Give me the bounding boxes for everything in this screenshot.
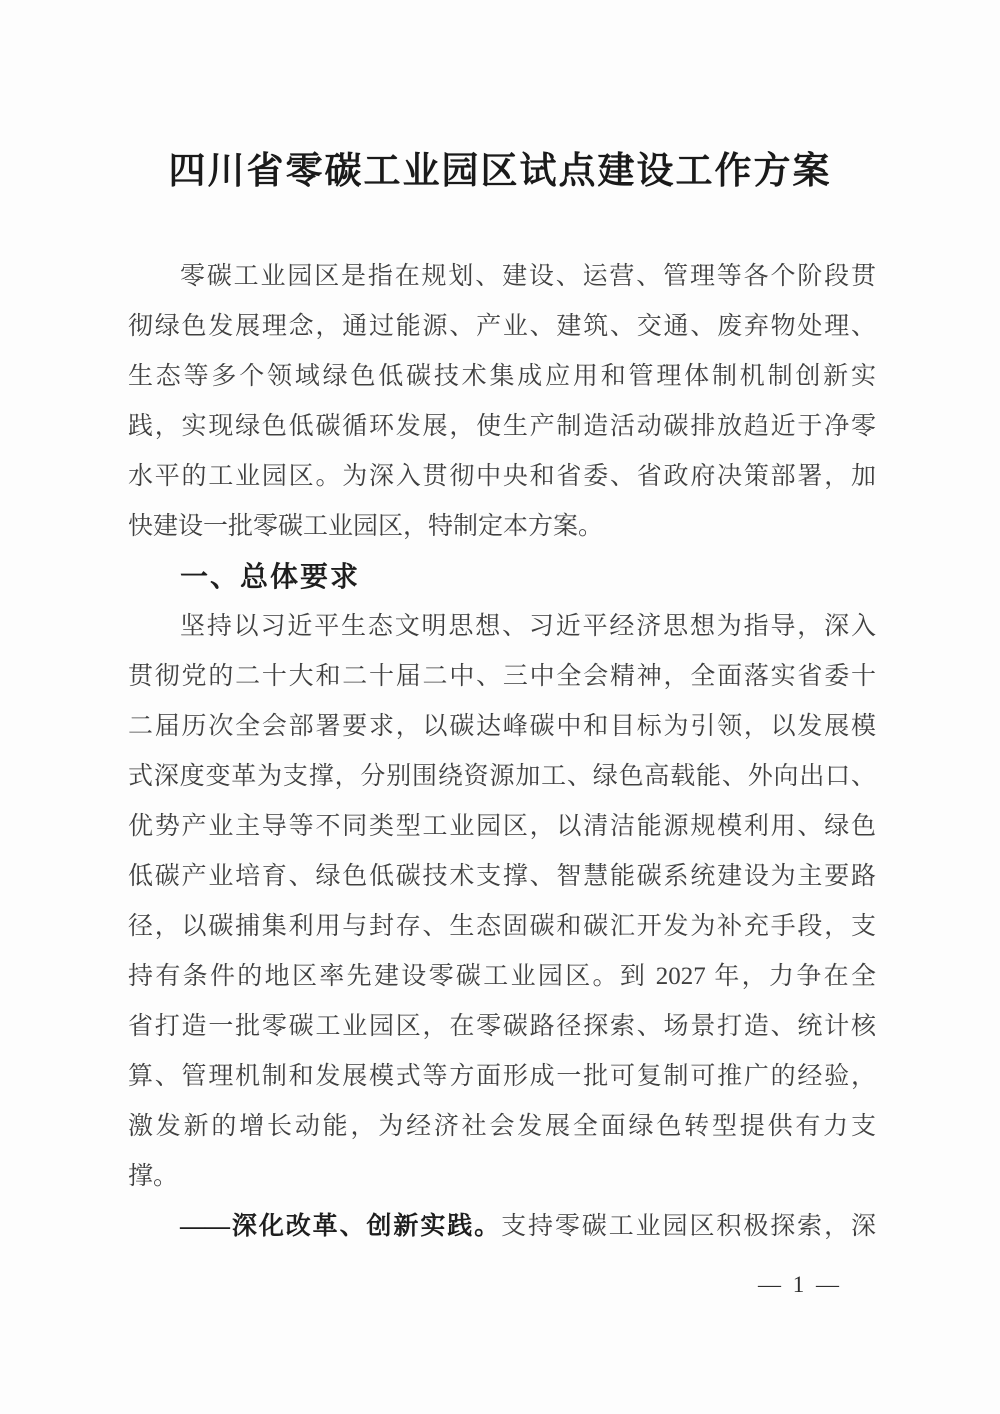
text-line: 激发新的增长动能，为经济社会发展全面绿色转型提供有力支 <box>128 1102 876 1152</box>
text-line: 式深度变革为支撑，分别围绕资源加工、绿色高载能、外向出口、 <box>128 752 876 802</box>
text-line: 水平的工业园区。为深入贯彻中央和省委、省政府决策部署，加 <box>128 452 876 502</box>
text-line: 径，以碳捕集利用与封存、生态固碳和碳汇开发为补充手段，支 <box>128 902 876 952</box>
text-line: 贯彻党的二十大和二十届二中、三中全会精神，全面落实省委十 <box>128 652 876 702</box>
text-line: ——深化改革、创新实践。支持零碳工业园区积极探索，深 <box>128 1202 876 1252</box>
text-line: 践，实现绿色低碳循环发展，使生产制造活动碳排放趋近于净零 <box>128 402 876 452</box>
document-body: 零碳工业园区是指在规划、建设、运营、管理等各个阶段贯 彻绿色发展理念，通过能源、… <box>128 252 876 1252</box>
page-number: — 1 — <box>758 1272 842 1298</box>
document-page: 四川省零碳工业园区试点建设工作方案 零碳工业园区是指在规划、建设、运营、管理等各… <box>0 0 1000 1414</box>
text-line: 彻绿色发展理念，通过能源、产业、建筑、交通、废弃物处理、 <box>128 302 876 352</box>
text-line: 持有条件的地区率先建设零碳工业园区。到 2027 年，力争在全 <box>128 952 876 1002</box>
text-line: 算、管理机制和发展模式等方面形成一批可复制可推广的经验， <box>128 1052 876 1102</box>
document-title: 四川省零碳工业园区试点建设工作方案 <box>0 140 1000 194</box>
text-line: 优势产业主导等不同类型工业园区，以清洁能源规模利用、绿色 <box>128 802 876 852</box>
text-line: 零碳工业园区是指在规划、建设、运营、管理等各个阶段贯 <box>128 252 876 302</box>
paragraph-bold-lead: ——深化改革、创新实践。 <box>180 1213 501 1240</box>
text-line: 撑。 <box>128 1152 876 1202</box>
section-heading: 一、总体要求 <box>128 552 876 602</box>
text-line: 低碳产业培育、绿色低碳技术支撑、智慧能碳系统建设为主要路 <box>128 852 876 902</box>
text-line: 生态等多个领域绿色低碳技术集成应用和管理体制机制创新实 <box>128 352 876 402</box>
text-line: 二届历次全会部署要求，以碳达峰碳中和目标为引领，以发展模 <box>128 702 876 752</box>
text-line: 省打造一批零碳工业园区，在零碳路径探索、场景打造、统计核 <box>128 1002 876 1052</box>
text-line: 快建设一批零碳工业园区，特制定本方案。 <box>128 502 876 552</box>
text-line: 坚持以习近平生态文明思想、习近平经济思想为指导，深入 <box>128 602 876 652</box>
paragraph-text: 支持零碳工业园区积极探索，深 <box>501 1213 876 1240</box>
